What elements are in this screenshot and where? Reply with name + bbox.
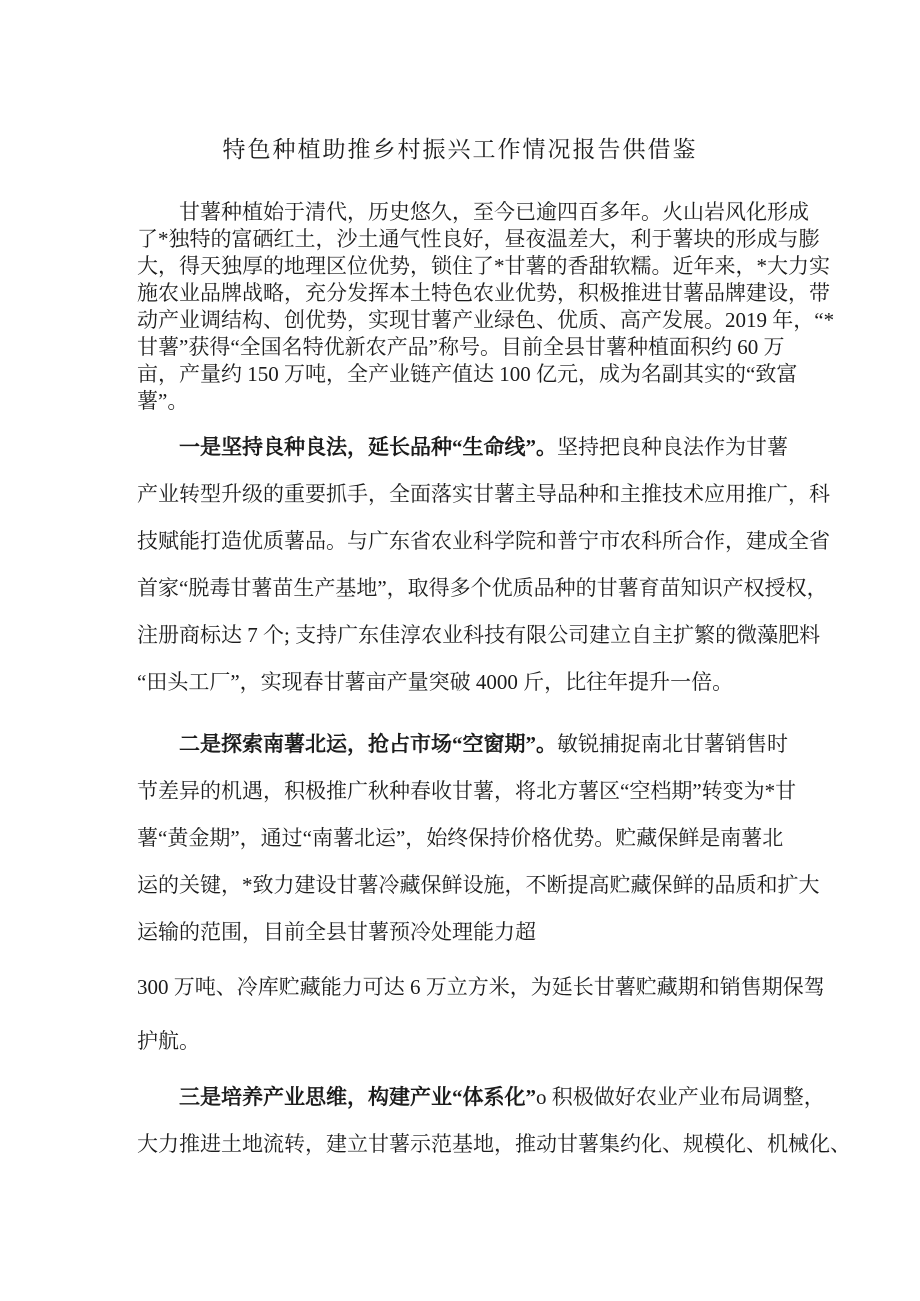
section-two-heading-rest: 敏锐捕捉南北甘薯销售时: [557, 732, 788, 756]
section-three-heading-rest: o 积极做好农业产业布局调整，: [536, 1085, 825, 1109]
text-line: 运的关键，*致力建设甘薯冷藏保鲜设施，不断提高贮藏保鲜的品质和扩大: [137, 862, 809, 909]
section-three: 三是培养产业思维，构建产业“体系化”o 积极做好农业产业布局调整， 大力推进土地…: [137, 1074, 809, 1168]
text-line: 了*独特的富硒红土，沙土通气性良好，昼夜温差大，利于薯块的形成与膨: [137, 226, 809, 253]
section-two-heading: 二是探索南薯北运，抢占市场“空窗期”。: [179, 732, 557, 756]
text-line: 薯”。: [137, 388, 809, 415]
text-line: 大力推进土地流转，建立甘薯示范基地，推动甘薯集约化、规模化、机械化、: [137, 1121, 809, 1168]
text-line: “田头工厂”，实现春甘薯亩产量突破 4000 斤，比往年提升一倍。: [137, 659, 809, 706]
text-line: 300 万吨、冷库贮藏能力可达 6 万立方米，为延长甘薯贮藏期和销售期保驾: [137, 960, 809, 1014]
text-line: 薯“黄金期”，通过“南薯北运”，始终保持价格优势。贮藏保鲜是南薯北: [137, 815, 809, 862]
text-line: 护航。: [137, 1014, 809, 1068]
text-line: 运输的范围，目前全县甘薯预冷处理能力超: [137, 909, 809, 956]
intro-paragraph: 甘薯种植始于清代，历史悠久，至今已逾四百多年。火山岩风化形成 了*独特的富硒红土…: [137, 199, 809, 415]
text-line: 二是探索南薯北运，抢占市场“空窗期”。敏锐捕捉南北甘薯销售时: [137, 721, 809, 768]
text-line: 施农业品牌战略，充分发挥本土特色农业优势，积极推进甘薯品牌建设，带: [137, 280, 809, 307]
text-line: 首家“脱毒甘薯苗生产基地”，取得多个优质品种的甘薯育苗知识产权授权，: [137, 565, 809, 612]
document-page: 特色种植助推乡村振兴工作情况报告供借鉴 甘薯种植始于清代，历史悠久，至今已逾四百…: [0, 0, 920, 1301]
section-one-heading-rest: 坚持把良种良法作为甘薯: [557, 435, 788, 459]
text-line: 产业转型升级的重要抓手，全面落实甘薯主导品种和主推技术应用推广，科: [137, 471, 809, 518]
text-line: 三是培养产业思维，构建产业“体系化”o 积极做好农业产业布局调整，: [137, 1074, 809, 1121]
text-line: 亩，产量约 150 万吨，全产业链产值达 100 亿元，成为名副其实的“致富: [137, 361, 809, 388]
text-line: 一是坚持良种良法，延长品种“生命线”。坚持把良种良法作为甘薯: [137, 424, 809, 471]
section-two: 二是探索南薯北运，抢占市场“空窗期”。敏锐捕捉南北甘薯销售时 节差异的机遇，积极…: [137, 721, 809, 956]
text-line: 动产业调结构、创优势，实现甘薯产业绿色、优质、高产发展。2019 年，“*: [137, 307, 809, 334]
text-line: 甘薯种植始于清代，历史悠久，至今已逾四百多年。火山岩风化形成: [137, 199, 809, 226]
text-line: 注册商标达 7 个; 支持广东佳淳农业科技有限公司建立自主扩繁的微藻肥料: [137, 612, 809, 659]
text-line: 大，得天独厚的地理区位优势，锁住了*甘薯的香甜软糯。近年来，*大力实: [137, 253, 809, 280]
section-one-heading: 一是坚持良种良法，延长品种“生命线”。: [179, 435, 557, 459]
section-three-heading: 三是培养产业思维，构建产业“体系化”: [179, 1085, 536, 1109]
continuation-paragraph: 300 万吨、冷库贮藏能力可达 6 万立方米，为延长甘薯贮藏期和销售期保驾 护航…: [137, 960, 809, 1068]
section-one: 一是坚持良种良法，延长品种“生命线”。坚持把良种良法作为甘薯 产业转型升级的重要…: [137, 424, 809, 706]
text-line: 技赋能打造优质薯品。与广东省农业科学院和普宁市农科所合作，建成全省: [137, 518, 809, 565]
document-title: 特色种植助推乡村振兴工作情况报告供借鉴: [0, 131, 920, 164]
text-line: 节差异的机遇，积极推广秋种春收甘薯，将北方薯区“空档期”转变为*甘: [137, 768, 809, 815]
text-line: 甘薯”获得“全国名特优新农产品”称号。目前全县甘薯种植面积约 60 万: [137, 334, 809, 361]
